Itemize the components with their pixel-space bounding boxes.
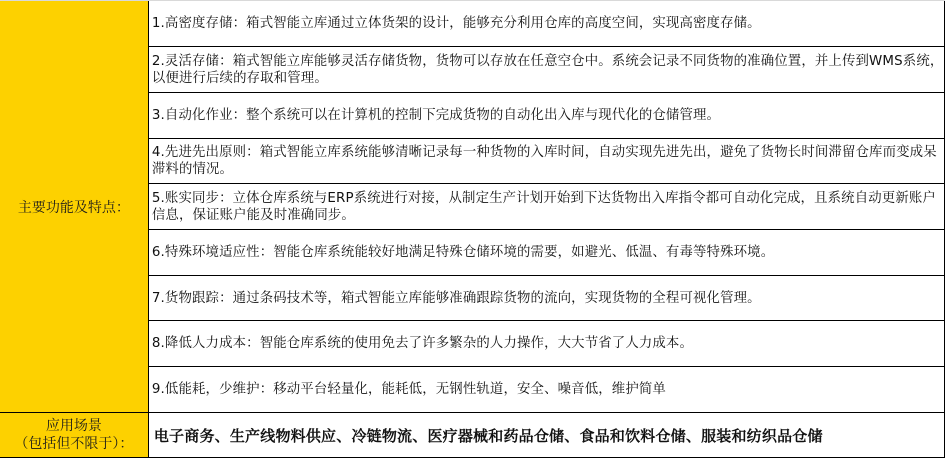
feature-item-2[interactable]: 2.灵活存储：箱式智能立库能够灵活存储货物，货物可以存放在任意空仓中。系统会记录… bbox=[148, 47, 944, 93]
features-label-cell[interactable]: 主要功能及特点： bbox=[0, 1, 148, 413]
applications-value-cell[interactable]: 电子商务、生产线物料供应、冷链物流、医疗器械和药品仓储、食品和饮料仓储、服装和纺… bbox=[148, 413, 944, 458]
feature-item-3[interactable]: 3.自动化作业：整个系统可以在计算机的控制下完成货物的自动化出入库与现代化的仓储… bbox=[148, 93, 944, 139]
feature-item-5[interactable]: 5.账实同步：立体仓库系统与ERP系统进行对接，从制定生产计划开始到下达货物出入… bbox=[148, 184, 944, 230]
feature-item-9[interactable]: 9.低能耗，少维护：移动平台轻量化，能耗低，无钢性轨道，安全、噪音低，维护简单 bbox=[148, 367, 944, 413]
feature-item-4[interactable]: 4.先进先出原则：箱式智能立库系统能够清晰记录每一种货物的入库时间，自动实现先进… bbox=[148, 139, 944, 184]
feature-table: 主要功能及特点： 1.高密度存储：箱式智能立库通过立体货架的设计，能够充分利用仓… bbox=[0, 1, 945, 458]
applications-label-line2: （包括但不限于）： bbox=[0, 435, 148, 453]
feature-text: 7.货物跟踪：通过条码技术等，箱式智能立库能够准确跟踪货物的流向，实现货物的全程… bbox=[152, 291, 761, 306]
feature-text: 4.先进先出原则：箱式智能立库系统能够清晰记录每一种货物的入库时间，自动实现先进… bbox=[152, 145, 937, 177]
feature-text: 5.账实同步：立体仓库系统与ERP系统进行对接，从制定生产计划开始到下达货物出入… bbox=[152, 191, 936, 223]
table-row: 应用场景 （包括但不限于）： 电子商务、生产线物料供应、冷链物流、医疗器械和药品… bbox=[0, 413, 945, 458]
feature-text: 6.特殊环境适应性：智能仓库系统能较好地满足特殊仓储环境的需要，如避光、低温、有… bbox=[152, 245, 774, 260]
applications-label-line1: 应用场景 bbox=[0, 417, 148, 435]
feature-text: 8.降低人力成本：智能仓库系统的使用免去了许多繁杂的人力操作，大大节省了人力成本… bbox=[152, 336, 693, 351]
feature-text: 1.高密度存储：箱式智能立库通过立体货架的设计，能够充分利用仓库的高度空间，实现… bbox=[152, 16, 761, 31]
feature-text: 3.自动化作业：整个系统可以在计算机的控制下完成货物的自动化出入库与现代化的仓储… bbox=[152, 108, 720, 123]
feature-text: 9.低能耗，少维护：移动平台轻量化，能耗低，无钢性轨道，安全、噪音低，维护简单 bbox=[152, 382, 666, 397]
feature-item-7[interactable]: 7.货物跟踪：通过条码技术等，箱式智能立库能够准确跟踪货物的流向，实现货物的全程… bbox=[148, 276, 944, 321]
applications-label-cell[interactable]: 应用场景 （包括但不限于）： bbox=[0, 413, 148, 458]
applications-value: 电子商务、生产线物料供应、冷链物流、医疗器械和药品仓储、食品和饮料仓储、服装和纺… bbox=[154, 427, 823, 445]
feature-text: 2.灵活存储：箱式智能立库能够灵活存储货物，货物可以存放在任意空仓中。系统会记录… bbox=[152, 54, 944, 86]
feature-item-6[interactable]: 6.特殊环境适应性：智能仓库系统能较好地满足特殊仓储环境的需要，如避光、低温、有… bbox=[148, 230, 944, 276]
table-row: 主要功能及特点： 1.高密度存储：箱式智能立库通过立体货架的设计，能够充分利用仓… bbox=[0, 1, 945, 47]
features-label: 主要功能及特点： bbox=[18, 200, 130, 216]
feature-item-1[interactable]: 1.高密度存储：箱式智能立库通过立体货架的设计，能够充分利用仓库的高度空间，实现… bbox=[148, 1, 944, 47]
feature-item-8[interactable]: 8.降低人力成本：智能仓库系统的使用免去了许多繁杂的人力操作，大大节省了人力成本… bbox=[148, 321, 944, 367]
